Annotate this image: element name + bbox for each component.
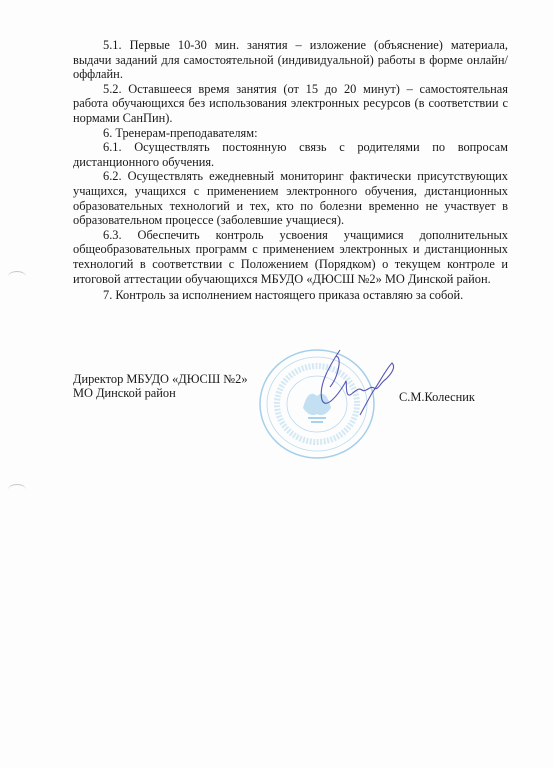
signature-icon <box>300 345 400 425</box>
document-page: 5.1. Первые 10-30 мин. занятия – изложен… <box>0 0 553 768</box>
paragraph-5-1: 5.1. Первые 10-30 мин. занятия – изложен… <box>73 38 508 82</box>
punch-hole-mark <box>8 271 26 282</box>
paragraph-6-3: 6.3. Обеспечить контроль усвоения учащим… <box>73 228 508 286</box>
paragraph-6-heading: 6. Тренерам-преподавателям: <box>73 126 508 141</box>
punch-hole-mark <box>8 484 26 495</box>
signer-position-line2: МО Динской район <box>73 386 248 400</box>
signer-position-line1: Директор МБУДО «ДЮСШ №2» <box>73 372 248 386</box>
paragraph-5-2: 5.2. Оставшееся время занятия (от 15 до … <box>73 82 508 126</box>
paragraph-6-2: 6.2. Осуществлять ежедневный мониторинг … <box>73 169 508 227</box>
signer-name: С.М.Колесник <box>399 390 475 404</box>
document-body: 5.1. Первые 10-30 мин. занятия – изложен… <box>73 38 508 303</box>
paragraph-6-1: 6.1. Осуществлять постоянную связь с род… <box>73 140 508 169</box>
paragraph-7: 7. Контроль за исполнением настоящего пр… <box>73 288 508 303</box>
